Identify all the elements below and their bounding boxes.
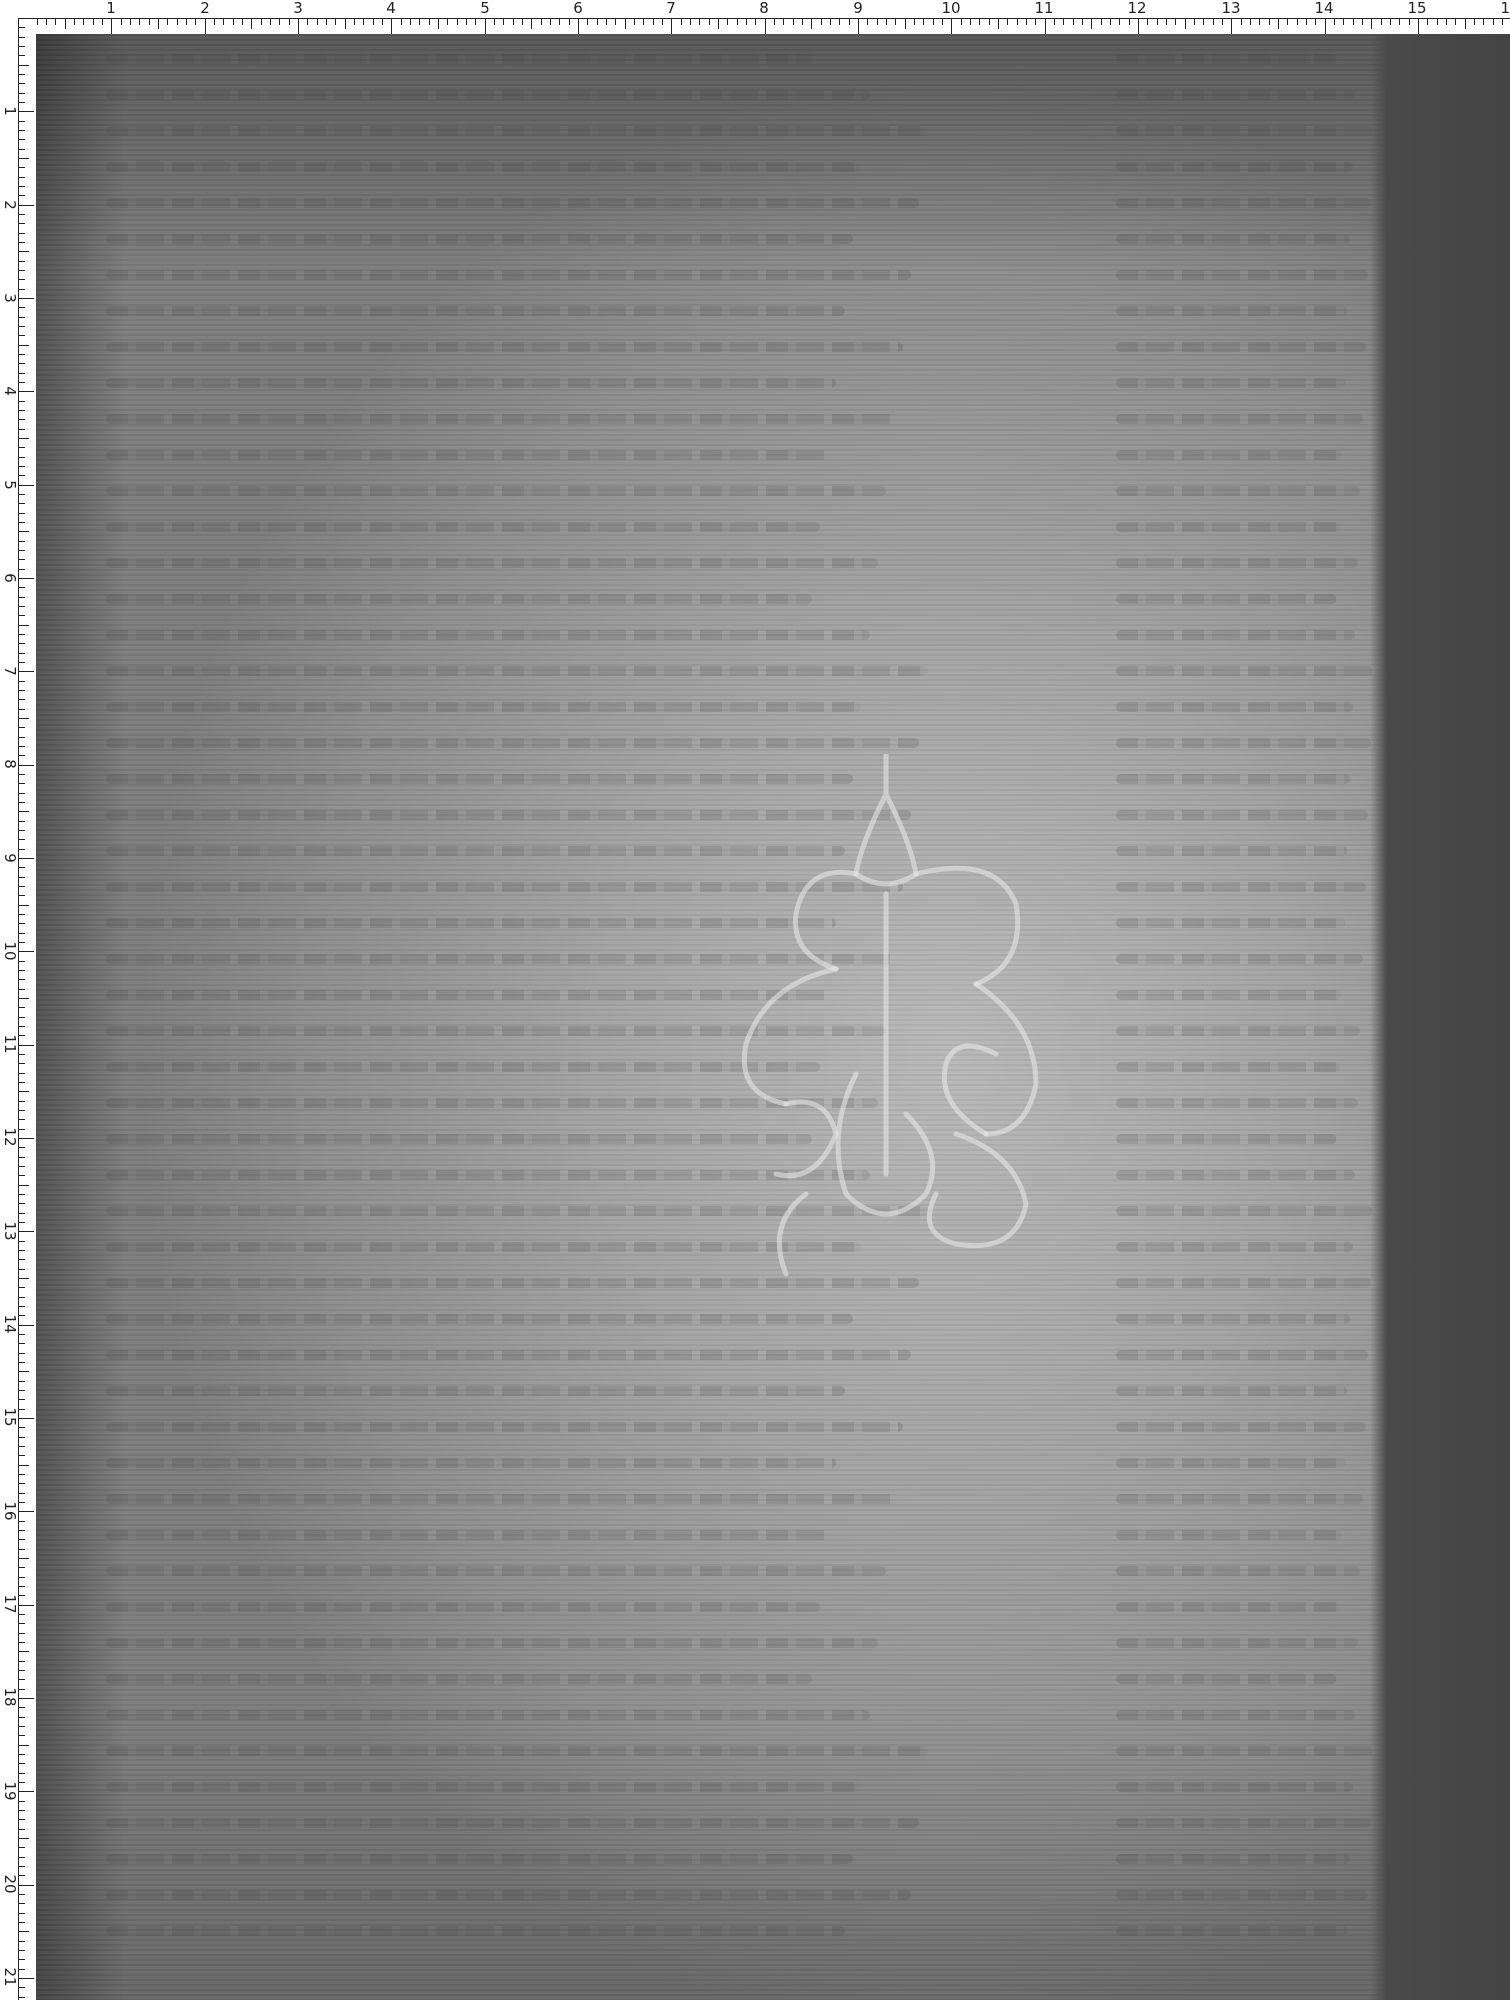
ruler-tick [1017, 19, 1018, 25]
ruler-tick [19, 998, 29, 999]
ruler-tick [19, 1390, 25, 1391]
show-through-line [106, 666, 928, 676]
ruler-tick [19, 1399, 25, 1400]
ruler-left-label: 13 [2, 1221, 18, 1241]
ruler-tick [19, 1474, 25, 1475]
ruler-tick [1381, 19, 1382, 25]
ruler-tick [19, 251, 29, 252]
ruler-tick [19, 1007, 25, 1008]
ruler-tick [457, 19, 458, 25]
ruler-top-label: 12 [1127, 0, 1146, 16]
ruler-tick [19, 195, 25, 196]
ruler-tick [19, 681, 25, 682]
ruler-left-label: 6 [2, 568, 18, 588]
ruler-tick [19, 942, 25, 943]
ruler-tick [19, 438, 29, 439]
ruler-tick [19, 1782, 25, 1783]
ruler-tick [877, 19, 878, 25]
ruler-tick [19, 1054, 25, 1055]
ruler-tick [19, 989, 25, 990]
ruler-tick [223, 19, 224, 25]
ruler-tick [1278, 19, 1279, 29]
ruler-tick [19, 597, 25, 598]
ruler-tick [737, 19, 738, 25]
show-through-line [1116, 306, 1347, 316]
ruler-left-label: 8 [2, 754, 18, 774]
ruler-tick [19, 1241, 25, 1242]
ruler-tick [541, 19, 542, 25]
ruler-tick [19, 1838, 29, 1839]
ruler-tick [550, 19, 551, 25]
ruler-tick [19, 27, 25, 28]
ruler-tick [19, 1735, 25, 1736]
show-through-line [106, 1782, 861, 1792]
show-through-line [106, 702, 861, 712]
ruler-tick [195, 19, 196, 25]
ruler-tick [19, 1623, 25, 1624]
ruler-tick [895, 19, 896, 25]
ruler-tick [19, 298, 34, 299]
ruler-tick [19, 923, 25, 924]
ruler-tick [19, 1259, 25, 1260]
ruler-tick [19, 1679, 25, 1680]
show-through-line [1116, 1530, 1342, 1540]
ruler-tick [19, 1325, 34, 1326]
ruler-tick [1259, 19, 1260, 25]
ruler-tick [205, 19, 206, 34]
ruler-tick [19, 653, 25, 654]
ruler-left-label: 19 [2, 1781, 18, 1801]
show-through-line [1116, 1242, 1353, 1252]
show-through-line [1116, 234, 1350, 244]
ruler-tick [19, 914, 25, 915]
ruler-top-label: 10 [941, 0, 960, 16]
ruler-tick [242, 19, 243, 25]
ruler-tick [19, 1147, 25, 1148]
ruler-left-label: 2 [2, 195, 18, 215]
ruler-top-label: 7 [666, 0, 676, 16]
ruler-tick [19, 65, 29, 66]
ruler-left-label: 20 [2, 1874, 18, 1894]
ruler-tick [1455, 19, 1456, 25]
ruler-tick [19, 447, 25, 448]
ruler-tick [867, 19, 868, 25]
ruler-tick [578, 19, 579, 34]
ruler-tick [690, 19, 691, 25]
ruler-tick [19, 699, 25, 700]
ruler-tick [19, 793, 25, 794]
ruler-tick [19, 1829, 25, 1830]
ruler-tick [1035, 19, 1036, 25]
ruler-tick [19, 895, 25, 896]
ruler-tick [19, 354, 25, 355]
ruler-tick [19, 559, 25, 560]
ruler-tick [1437, 19, 1438, 25]
ruler-tick [19, 1857, 25, 1858]
ruler-tick [19, 1101, 25, 1102]
ruler-top-label: 11 [1034, 0, 1053, 16]
show-through-line [1116, 126, 1373, 136]
ruler-tick [1222, 19, 1223, 25]
ruler-tick [19, 1903, 25, 1904]
ruler-top-label: 5 [480, 0, 490, 16]
ruler-tick [19, 755, 25, 756]
ruler-tick [19, 1754, 25, 1755]
show-through-line [106, 594, 812, 604]
ruler-tick [19, 475, 25, 476]
ruler-tick [606, 19, 607, 25]
ruler-left-label: 14 [2, 1314, 18, 1334]
ruler-tick [149, 19, 150, 25]
ruler-tick [19, 1082, 25, 1083]
show-through-line [1116, 378, 1345, 388]
ruler-tick [19, 1278, 29, 1279]
ruler-tick [19, 1119, 25, 1120]
ruler-tick [19, 102, 25, 103]
show-through-line [1116, 1278, 1371, 1288]
ruler-tick [1371, 19, 1372, 29]
ruler-tick [19, 1269, 25, 1270]
ruler-tick [1306, 19, 1307, 25]
ruler-tick [1063, 19, 1064, 25]
ruler-tick [989, 19, 990, 25]
ruler-tick [19, 1250, 25, 1251]
ruler-tick [19, 1894, 25, 1895]
show-through-line [1116, 918, 1345, 928]
show-through-line [1116, 846, 1347, 856]
show-through-line [1116, 666, 1373, 676]
ruler-left-label: 1 [2, 101, 18, 121]
ruler-tick [19, 307, 25, 308]
ruler-tick [19, 1819, 25, 1820]
ruler-tick [19, 1213, 25, 1214]
show-through-line [1116, 486, 1360, 496]
ruler-tick [942, 19, 943, 25]
ruler-tick [19, 130, 25, 131]
ruler-tick [93, 19, 94, 25]
show-through-line [1116, 990, 1342, 1000]
ruler-tick [19, 373, 25, 374]
ruler-tick [19, 1362, 25, 1363]
ruler-left-label: 10 [2, 941, 18, 961]
ruler-tick [1231, 19, 1232, 34]
ruler-tick [587, 19, 588, 25]
show-through-line [1116, 630, 1355, 640]
ruler-tick [1483, 19, 1484, 25]
ruler-tick [382, 19, 383, 25]
ruler-tick [681, 19, 682, 25]
show-through-line [106, 1602, 820, 1612]
ruler-tick [1007, 19, 1008, 25]
ruler-tick [522, 19, 523, 25]
show-through-line [106, 1710, 870, 1720]
ruler-tick [19, 1446, 25, 1447]
show-through-line [106, 558, 878, 568]
show-through-line [106, 1890, 911, 1900]
show-through-line [106, 1458, 836, 1468]
show-through-line [106, 162, 861, 172]
ruler-tick [19, 1773, 25, 1774]
ruler-tick [19, 1185, 29, 1186]
ruler-tick [19, 485, 34, 486]
ruler-tick [19, 1157, 25, 1158]
ruler-tick [19, 1502, 25, 1503]
ruler-tick [1287, 19, 1288, 25]
show-through-line [1116, 414, 1363, 424]
ruler-tick [19, 1026, 25, 1027]
ruler-tick [19, 1465, 29, 1466]
ruler-tick [19, 811, 29, 812]
ruler-tick [233, 19, 234, 25]
ruler-tick [849, 19, 850, 25]
ruler-tick [19, 1847, 25, 1848]
ruler-left-label: 3 [2, 288, 18, 308]
ruler-tick [279, 19, 280, 25]
ruler-tick [19, 242, 25, 243]
ruler-tick [447, 19, 448, 25]
ruler-tick [19, 1959, 25, 1960]
show-through-line [1116, 1746, 1373, 1756]
show-through-line [1116, 810, 1368, 820]
ruler-tick [485, 19, 486, 34]
ruler-tick [643, 19, 644, 25]
show-through-line [106, 54, 812, 64]
ruler-tick [19, 718, 29, 719]
ruler-tick [19, 1885, 34, 1886]
ruler-tick [19, 774, 25, 775]
ruler-tick [19, 1987, 25, 1988]
ruler-tick [289, 19, 290, 25]
ruler-tick [19, 1297, 25, 1298]
ruler-tick [261, 19, 262, 25]
ruler-tick [1138, 19, 1139, 34]
ruler-tick [653, 19, 654, 25]
show-through-line [106, 1494, 895, 1504]
show-through-line [1116, 1062, 1340, 1072]
ruler-tick [19, 1511, 34, 1512]
ruler-tick [429, 19, 430, 25]
ruler-tick [1110, 19, 1111, 25]
show-through-line [1116, 1782, 1353, 1792]
show-through-line [1116, 1674, 1337, 1684]
ruler-tick [19, 615, 25, 616]
show-through-line [1116, 1026, 1360, 1036]
ruler-tick [19, 167, 25, 168]
ruler-tick [19, 326, 25, 327]
ruler-tick [19, 1334, 25, 1335]
show-through-line [1116, 522, 1340, 532]
ruler-tick [19, 1595, 25, 1596]
ruler-tick [19, 466, 25, 467]
ruler-tick [914, 19, 915, 25]
ruler-tick [19, 93, 25, 94]
ruler-tick [46, 19, 47, 25]
ruler-tick [19, 335, 25, 336]
ruler-tick [19, 83, 25, 84]
show-through-line [106, 1386, 845, 1396]
ruler-tick [19, 1045, 34, 1046]
ruler-tick [1166, 19, 1167, 25]
ruler-tick [1334, 19, 1335, 25]
ruler-tick [65, 19, 66, 29]
ruler-tick [74, 19, 75, 25]
ruler-tick [1119, 19, 1120, 25]
ruler-tick [19, 1614, 25, 1615]
ruler-tick [634, 19, 635, 25]
ruler-tick [19, 1922, 25, 1923]
show-through-line [106, 1638, 878, 1648]
ruler-tick [19, 802, 25, 803]
ruler-tick [19, 1801, 25, 1802]
ruler-tick [19, 1978, 34, 1979]
ruler-tick [19, 158, 29, 159]
ruler-tick [19, 503, 25, 504]
ruler-tick [1073, 19, 1074, 25]
ruler-tick [19, 1549, 25, 1550]
ruler-tick [1203, 19, 1204, 25]
show-through-line [106, 270, 911, 280]
ruler-tick [19, 979, 25, 980]
ruler-tick [19, 1997, 25, 1998]
ruler-tick [19, 933, 25, 934]
ruler-tick [19, 270, 25, 271]
ruler-tick [839, 19, 840, 25]
ruler-tick [19, 513, 25, 514]
ruler-left-label: 16 [2, 1501, 18, 1521]
ruler-tick [1353, 19, 1354, 25]
ruler-tick [1054, 19, 1055, 25]
show-through-line [1116, 594, 1337, 604]
ruler-tick [923, 19, 924, 25]
ruler-tick [503, 19, 504, 25]
ruler-tick [755, 19, 756, 25]
ruler-tick [19, 46, 25, 47]
show-through-line [1116, 1638, 1358, 1648]
ruler-tick [513, 19, 514, 25]
show-through-line [106, 1422, 903, 1432]
ruler-tick [466, 19, 467, 25]
show-through-line [1116, 450, 1342, 460]
ruler-left: 1 2 3 4 5 6 7 8 9 10 11 12 13 14 15 16 1… [0, 0, 34, 2000]
ruler-tick [130, 19, 131, 25]
ruler-tick [19, 1017, 25, 1018]
ruler-tick [19, 149, 25, 150]
ruler-tick [438, 19, 439, 29]
ruler-tick [783, 19, 784, 25]
show-through-line [106, 126, 928, 136]
show-through-line [106, 234, 853, 244]
ruler-tick [19, 1763, 25, 1764]
ruler-tick [19, 1381, 25, 1382]
ruler-tick [475, 19, 476, 25]
ruler-tick [671, 19, 672, 34]
ruler-tick [298, 19, 299, 34]
ruler-tick [19, 1306, 25, 1307]
show-through-line [1116, 1314, 1350, 1324]
ruler-tick [19, 1567, 25, 1568]
ruler-tick [177, 19, 178, 25]
ruler-tick [1409, 19, 1410, 25]
ruler-tick [19, 1353, 25, 1354]
show-through-line [106, 486, 886, 496]
ruler-tick [19, 1745, 29, 1746]
ruler-tick [569, 19, 570, 25]
ruler-tick [19, 709, 25, 710]
show-through-line [1116, 1566, 1360, 1576]
ruler-tick [19, 1315, 25, 1316]
ruler-top-label: 14 [1314, 0, 1333, 16]
show-through-line [1116, 1926, 1347, 1936]
ruler-tick [19, 1222, 25, 1223]
ruler-tick [1493, 19, 1494, 25]
show-through-line [1116, 1710, 1355, 1720]
ruler-tick [19, 961, 25, 962]
show-through-line [1116, 558, 1358, 568]
ruler-tick [19, 606, 25, 607]
ruler-tick [391, 19, 392, 34]
ruler-tick [19, 223, 25, 224]
ruler-tick [19, 662, 25, 663]
ruler-tick [19, 541, 25, 542]
ruler-tick [905, 19, 906, 29]
ruler-tick [19, 1689, 25, 1690]
ruler-tick [19, 569, 25, 570]
ruler-tick [1474, 19, 1475, 25]
ruler-tick [961, 19, 962, 25]
show-through-line [106, 414, 895, 424]
ruler-tick [19, 1717, 25, 1718]
ruler-tick [19, 55, 25, 56]
ruler-tick [830, 19, 831, 25]
ruler-tick [19, 1941, 25, 1942]
ruler-tick [19, 1203, 25, 1204]
ruler-tick [19, 391, 34, 392]
ruler-tick [765, 19, 766, 34]
ruler-tick [1427, 19, 1428, 25]
ruler-tick [19, 1642, 25, 1643]
ruler-tick [158, 19, 159, 29]
ruler-tick [821, 19, 822, 25]
ruler-tick [102, 19, 103, 25]
ruler-tick [19, 214, 25, 215]
show-through-line [106, 1818, 919, 1828]
show-through-line [106, 90, 870, 100]
ruler-tick [19, 578, 34, 579]
ruler-tick [19, 1726, 25, 1727]
ruler-tick [363, 19, 364, 25]
ruler-tick [727, 19, 728, 25]
ruler-tick [1045, 19, 1046, 34]
ruler-tick [19, 690, 25, 691]
ruler-tick [19, 1698, 34, 1699]
show-through-line [1116, 774, 1350, 784]
ruler-tick [19, 821, 25, 822]
ruler-tick [19, 1175, 25, 1176]
show-through-line [1116, 1386, 1347, 1396]
ruler-tick [19, 1427, 25, 1428]
ruler-tick [1213, 19, 1214, 25]
show-through-line [106, 1854, 853, 1864]
show-through-line [106, 1530, 828, 1540]
ruler-tick [951, 19, 952, 34]
ruler-top: 0 1 2 3 4 5 6 7 8 9 10 11 12 13 14 15 16 [0, 0, 1510, 34]
show-through-line [106, 378, 836, 388]
show-through-line [106, 198, 919, 208]
show-through-line [1116, 1494, 1363, 1504]
ruler-tick [1194, 19, 1195, 25]
ruler-tick [19, 1866, 25, 1867]
ruler-tick [19, 1950, 25, 1951]
